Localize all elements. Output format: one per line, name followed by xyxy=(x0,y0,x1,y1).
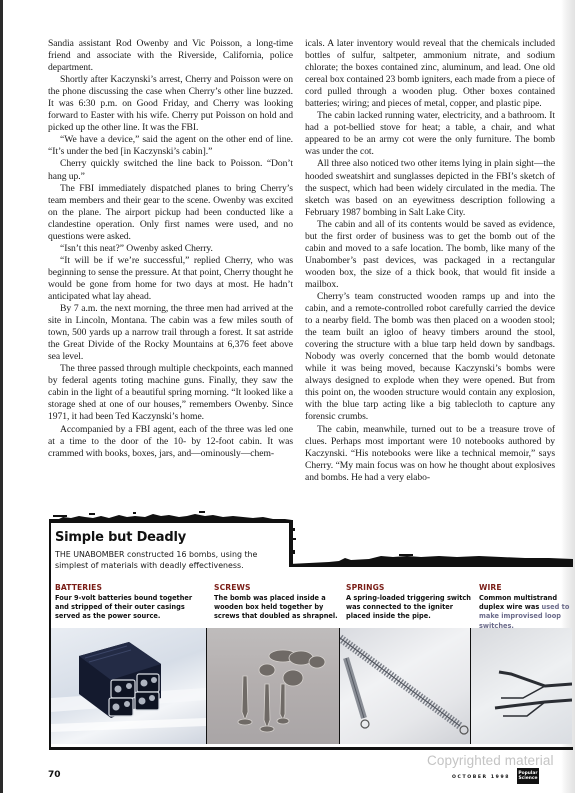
paragraph: The cabin, meanwhile, turned out to be a… xyxy=(305,424,555,484)
item-batteries: BATTERIES Four 9-volt batteries bound to… xyxy=(55,583,207,622)
springs-icon xyxy=(340,638,468,734)
springs-photo xyxy=(339,628,471,744)
paragraph: The cabin lacked running water, electric… xyxy=(305,110,555,158)
item-wire: WIRE Common multistrand duplex wire was … xyxy=(479,583,573,631)
item-label: WIRE xyxy=(479,583,573,592)
paragraph: “We have a device,” said the agent on th… xyxy=(48,134,293,158)
paragraph: Sandia assistant Rod Owenby and Vic Pois… xyxy=(48,38,293,74)
paragraph: Accompanied by a FBI agent, each of the … xyxy=(48,424,293,460)
screws-photo xyxy=(206,628,341,744)
article-left-column: Sandia assistant Rod Owenby and Vic Pois… xyxy=(48,38,293,460)
paragraph: By 7 a.m. the next morning, the three me… xyxy=(48,303,293,363)
item-label: SPRINGS xyxy=(346,583,476,592)
item-label: SCREWS xyxy=(214,583,346,592)
paragraph: icals. A later inventory would reveal th… xyxy=(305,38,555,110)
item-springs: SPRINGS A spring-loaded triggering switc… xyxy=(346,583,476,622)
wire-icon xyxy=(495,672,572,716)
sidebar-simple-but-deadly: Simple but Deadly THE UNABOMBER construc… xyxy=(49,520,573,748)
batteries-photo xyxy=(51,628,206,744)
paragraph: The FBI immediately dispatched planes to… xyxy=(48,183,293,243)
wire-photo xyxy=(470,628,572,744)
paragraph: The three passed through multiple checkp… xyxy=(48,363,293,423)
copyright-watermark: Copyrighted material xyxy=(427,753,554,768)
item-label: BATTERIES xyxy=(55,583,207,592)
sidebar-subtitle: THE UNABOMBER constructed 16 bombs, usin… xyxy=(55,549,285,571)
logo-line2: Science xyxy=(517,776,539,781)
paragraph: Cherry’s team constructed wooden ramps u… xyxy=(305,291,555,424)
paragraph: The cabin and all of its contents would … xyxy=(305,219,555,291)
magazine-logo: Popular Science xyxy=(517,768,539,784)
paragraph: Cherry quickly switched the line back to… xyxy=(48,158,293,182)
item-screws: SCREWS The bomb was placed inside a wood… xyxy=(214,583,346,622)
paragraph: All three also noticed two other items l… xyxy=(305,158,555,218)
screws-icon xyxy=(238,650,325,732)
item-description: The bomb was placed inside a wooden box … xyxy=(214,594,346,622)
page-number: 70 xyxy=(48,770,61,780)
page-edge-left xyxy=(0,0,3,793)
issue-date: OCTOBER 1998 xyxy=(452,775,510,780)
paragraph: “Isn’t this neat?” Owenby asked Cherry. xyxy=(48,243,293,255)
sidebar-title: Simple but Deadly xyxy=(55,530,186,545)
article-right-column: icals. A later inventory would reveal th… xyxy=(305,38,555,484)
paragraph: “It will be if we’re successful,” replie… xyxy=(48,255,293,303)
torn-edge-decoration xyxy=(49,510,292,524)
item-description: A spring-loaded triggering switch was co… xyxy=(346,594,476,622)
item-description: Common multistrand duplex wire was used … xyxy=(479,594,573,631)
paragraph: Shortly after Kaczynski’s arrest, Cherry… xyxy=(48,74,293,134)
item-description: Four 9-volt batteries bound together and… xyxy=(55,594,207,622)
